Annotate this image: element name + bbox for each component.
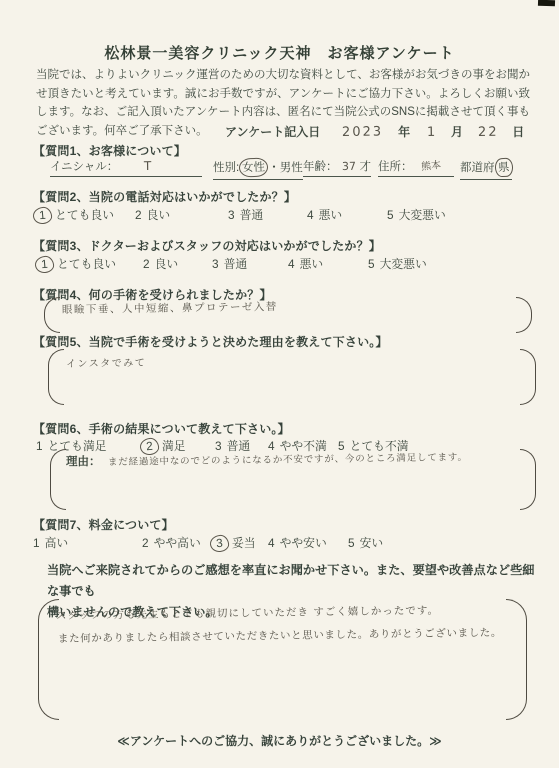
q1-heading: 【質問1、お客様について】 [33,142,186,159]
q3-heading: 【質問3、ドクターおよびスタッフの対応はいかがでしたか？】 [33,237,381,254]
date-month-value: 1 [427,125,435,140]
footer-thanks: ≪アンケートへのご協力、誠にありがとうございました。≫ [0,732,559,749]
q7-option-2-label: やや高い [154,536,201,550]
q2-option-3-number: 3 [228,208,235,222]
q6-heading: 【質問6、手術の結果について教えて下さい。】 [33,420,290,437]
q4-answer-bracket-left [44,297,60,333]
q1-gender-field: 性別:女性・男性 [213,158,303,180]
q7-option-3: 3妥当 [210,534,256,552]
q6-reason-bracket-left [50,449,66,510]
q3-option-3-label: 普通 [224,257,248,271]
feedback-prompt-line1: 当院へご来院されてからのご感想を率直にお聞かせ下さい。また、要望や改善点など些細… [47,560,535,602]
q1-initial-field: イニシャル： T [50,158,202,177]
q1-pref-prefix: 都道府 [460,162,495,174]
q7-option-1: 1高い [33,534,68,551]
q2-option-4-label: 悪い [319,208,343,222]
date-day-value: 22 [478,125,499,140]
q6-reason-label: 理由： [66,456,101,468]
q3-option-3: 3普通 [212,255,247,272]
q6-option-3-label: 普通 [227,439,251,453]
q5-answer-handwriting: インスタでみて [66,354,146,370]
survey-sheet: 松林景一美容クリニック天神 お客様アンケート 当院では、よりよいクリニック運営の… [0,0,559,768]
page-title: 松林景一美容クリニック天神 お客様アンケート [0,42,559,63]
q3-option-4: 4悪い [288,255,323,272]
q1-pref-selected-circle: 県 [494,158,512,178]
q5-answer-bracket-right [520,349,536,405]
q6-option-1: 1とても満足 [36,437,107,454]
q1-gender-separator: ・ [268,162,280,174]
q7-option-4: 4やや安い [268,534,327,551]
q2-option-3-label: 普通 [240,208,264,222]
q2-option-2-number: 2 [135,208,142,222]
q7-options-row: 1高い 2やや高い 3妥当 4やや安い 5安い [0,534,559,552]
q1-age-field: 年齢：37才 [303,158,371,177]
q2-option-5-label: 大変悪い [399,208,446,222]
q7-option-5-number: 5 [348,536,355,550]
q1-address-field: 住所：熊本 [378,158,454,177]
q7-option-5-label: 安い [360,536,384,550]
q3-option-5-label: 大変悪い [380,257,427,271]
q3-option-2-label: 良い [155,257,179,271]
q7-heading: 【質問7、料金について】 [33,516,174,533]
q7-option-2: 2やや高い [142,534,201,551]
q1-initial-label: イニシャル： [50,161,118,173]
q4-answer-bracket-right [516,297,532,333]
q7-option-4-number: 4 [268,536,275,550]
q1-prefecture-suffix: 都道府県 [460,158,512,180]
q3-option-2-number: 2 [143,257,150,271]
q6-option-1-number: 1 [36,439,43,453]
q5-heading: 【質問5、当院で手術を受けようと決めた理由を教えて下さい。】 [33,333,388,350]
date-label: アンケート記入日 [225,125,320,139]
q1-pref-circled: 県 [497,162,509,174]
q2-options-row: 1とても良い 2良い 3普通 4悪い 5大変悪い [0,206,559,224]
date-year-value: 2023 [342,124,383,140]
date-year-unit: 年 [398,125,410,139]
q1-gender-male: 男性 [280,162,303,174]
q2-option-4-number: 4 [307,208,314,222]
q3-option-1-label: とても良い [57,257,116,271]
q2-option-5: 5大変悪い [387,206,446,223]
q7-option-1-number: 1 [33,536,40,550]
q7-option-4-label: やや安い [280,536,327,550]
q4-answer-handwriting: 眼瞼下垂、人中短縮、鼻プロテーゼ入替 [62,299,278,317]
q3-option-4-label: 悪い [300,257,324,271]
q1-age-label: 年齢： [303,161,338,173]
q5-answer-bracket-left [48,349,64,405]
q6-option-2-label: 満足 [162,439,186,453]
q3-option-1: 1とても良い [35,255,116,273]
q2-option-5-number: 5 [387,208,394,222]
q3-option-3-number: 3 [212,257,219,271]
q3-option-5: 5大変悪い [368,255,427,272]
q3-option-2: 2良い [143,255,178,272]
q6-reason-row: 理由： まだ経過途中なのでどのようになるか不安ですが、今のところ満足してます。 [66,453,467,469]
q2-option-4: 4悪い [307,206,342,223]
q1-fields-row: イニシャル： T 性別:女性・男性 年齢：37才 住所：熊本 都道府県 [0,158,559,178]
q7-option-5: 5安い [348,534,383,551]
q3-option-5-number: 5 [368,257,375,271]
q1-address-value: 熊本 [420,156,441,173]
survey-date-row: アンケート記入日 2023 年 1 月 22 日 [225,123,524,140]
q7-option-1-label: 高い [45,536,69,550]
date-month-unit: 月 [451,125,463,139]
q2-heading: 【質問2、当院の電話対応はいかがでしたか？】 [33,188,296,205]
date-day-unit: 日 [512,125,524,139]
q1-gender-selected-circle: 女性 [239,157,269,177]
q6-reason-bracket-right [520,449,536,510]
q1-initial-value: T [143,159,151,173]
q7-option-3-number: 3 [209,534,229,553]
q1-age-unit: 才 [360,161,372,173]
q7-option-2-number: 2 [142,536,149,550]
q2-option-2-label: 良い [147,208,171,222]
q2-option-1-label: とても良い [55,208,114,222]
q2-option-1-number: 1 [32,206,52,225]
q7-option-3-label: 妥当 [232,536,256,550]
q2-option-2: 2良い [135,206,170,223]
feedback-bracket-right [506,599,527,720]
q3-options-row: 1とても良い 2良い 3普通 4悪い 5大変悪い [0,255,559,273]
scan-artifact [538,0,555,6]
q3-option-1-number: 1 [34,255,54,274]
q2-option-3: 3普通 [228,206,263,223]
q1-gender-female: 女性 [242,162,265,175]
q3-option-4-number: 4 [288,257,295,271]
q1-gender-label: 性別: [213,162,239,174]
q1-age-value: 37 [341,160,355,173]
feedback-answer-line2: また何かありましたら相談させていただきたいと思いました。ありがとうございました。 [58,625,502,646]
q6-option-3-number: 3 [215,439,222,453]
q2-option-1: 1とても良い [33,206,114,224]
q1-address-label: 住所： [378,161,413,173]
